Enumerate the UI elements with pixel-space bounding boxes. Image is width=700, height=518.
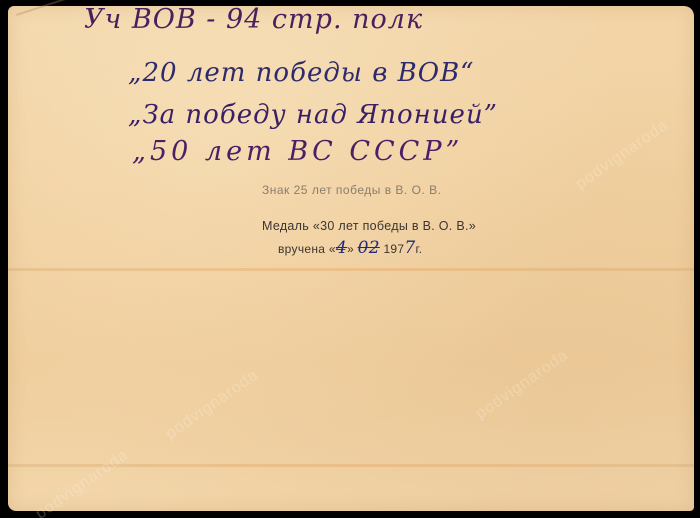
issued-month: 02 <box>358 238 380 258</box>
watermark: podvignaroda <box>573 116 673 193</box>
handwritten-unit-note: Уч ВОВ - 94 стр. полк <box>84 4 423 35</box>
printed-issued-line: вручена «4» 02 1977г. <box>278 238 422 258</box>
issued-day: 4 <box>336 238 347 258</box>
issued-prefix: вручена « <box>278 242 336 256</box>
handwritten-award-20-years: „20 лет победы в ВОВ“ <box>128 58 474 88</box>
handwritten-award-japan: „За победу над Японией” <box>128 100 498 130</box>
issued-year-digit: 7 <box>404 238 415 258</box>
issued-mid: » <box>347 242 358 256</box>
watermark: podvignaroda <box>33 446 133 518</box>
printed-medal-line: Медаль «30 лет победы в В. О. В.» <box>262 219 476 233</box>
fold-line <box>8 268 694 271</box>
watermark: podvignaroda <box>473 346 573 423</box>
watermark: podvignaroda <box>163 366 263 443</box>
handwritten-award-50-years-armed-forces: „50 лет ВС СССР” <box>132 136 463 167</box>
printed-faded-badge-line: Знак 25 лет победы в В. О. В. <box>262 183 441 197</box>
issued-year-prefix: 197 <box>380 242 405 256</box>
issued-suffix: г. <box>416 242 423 256</box>
